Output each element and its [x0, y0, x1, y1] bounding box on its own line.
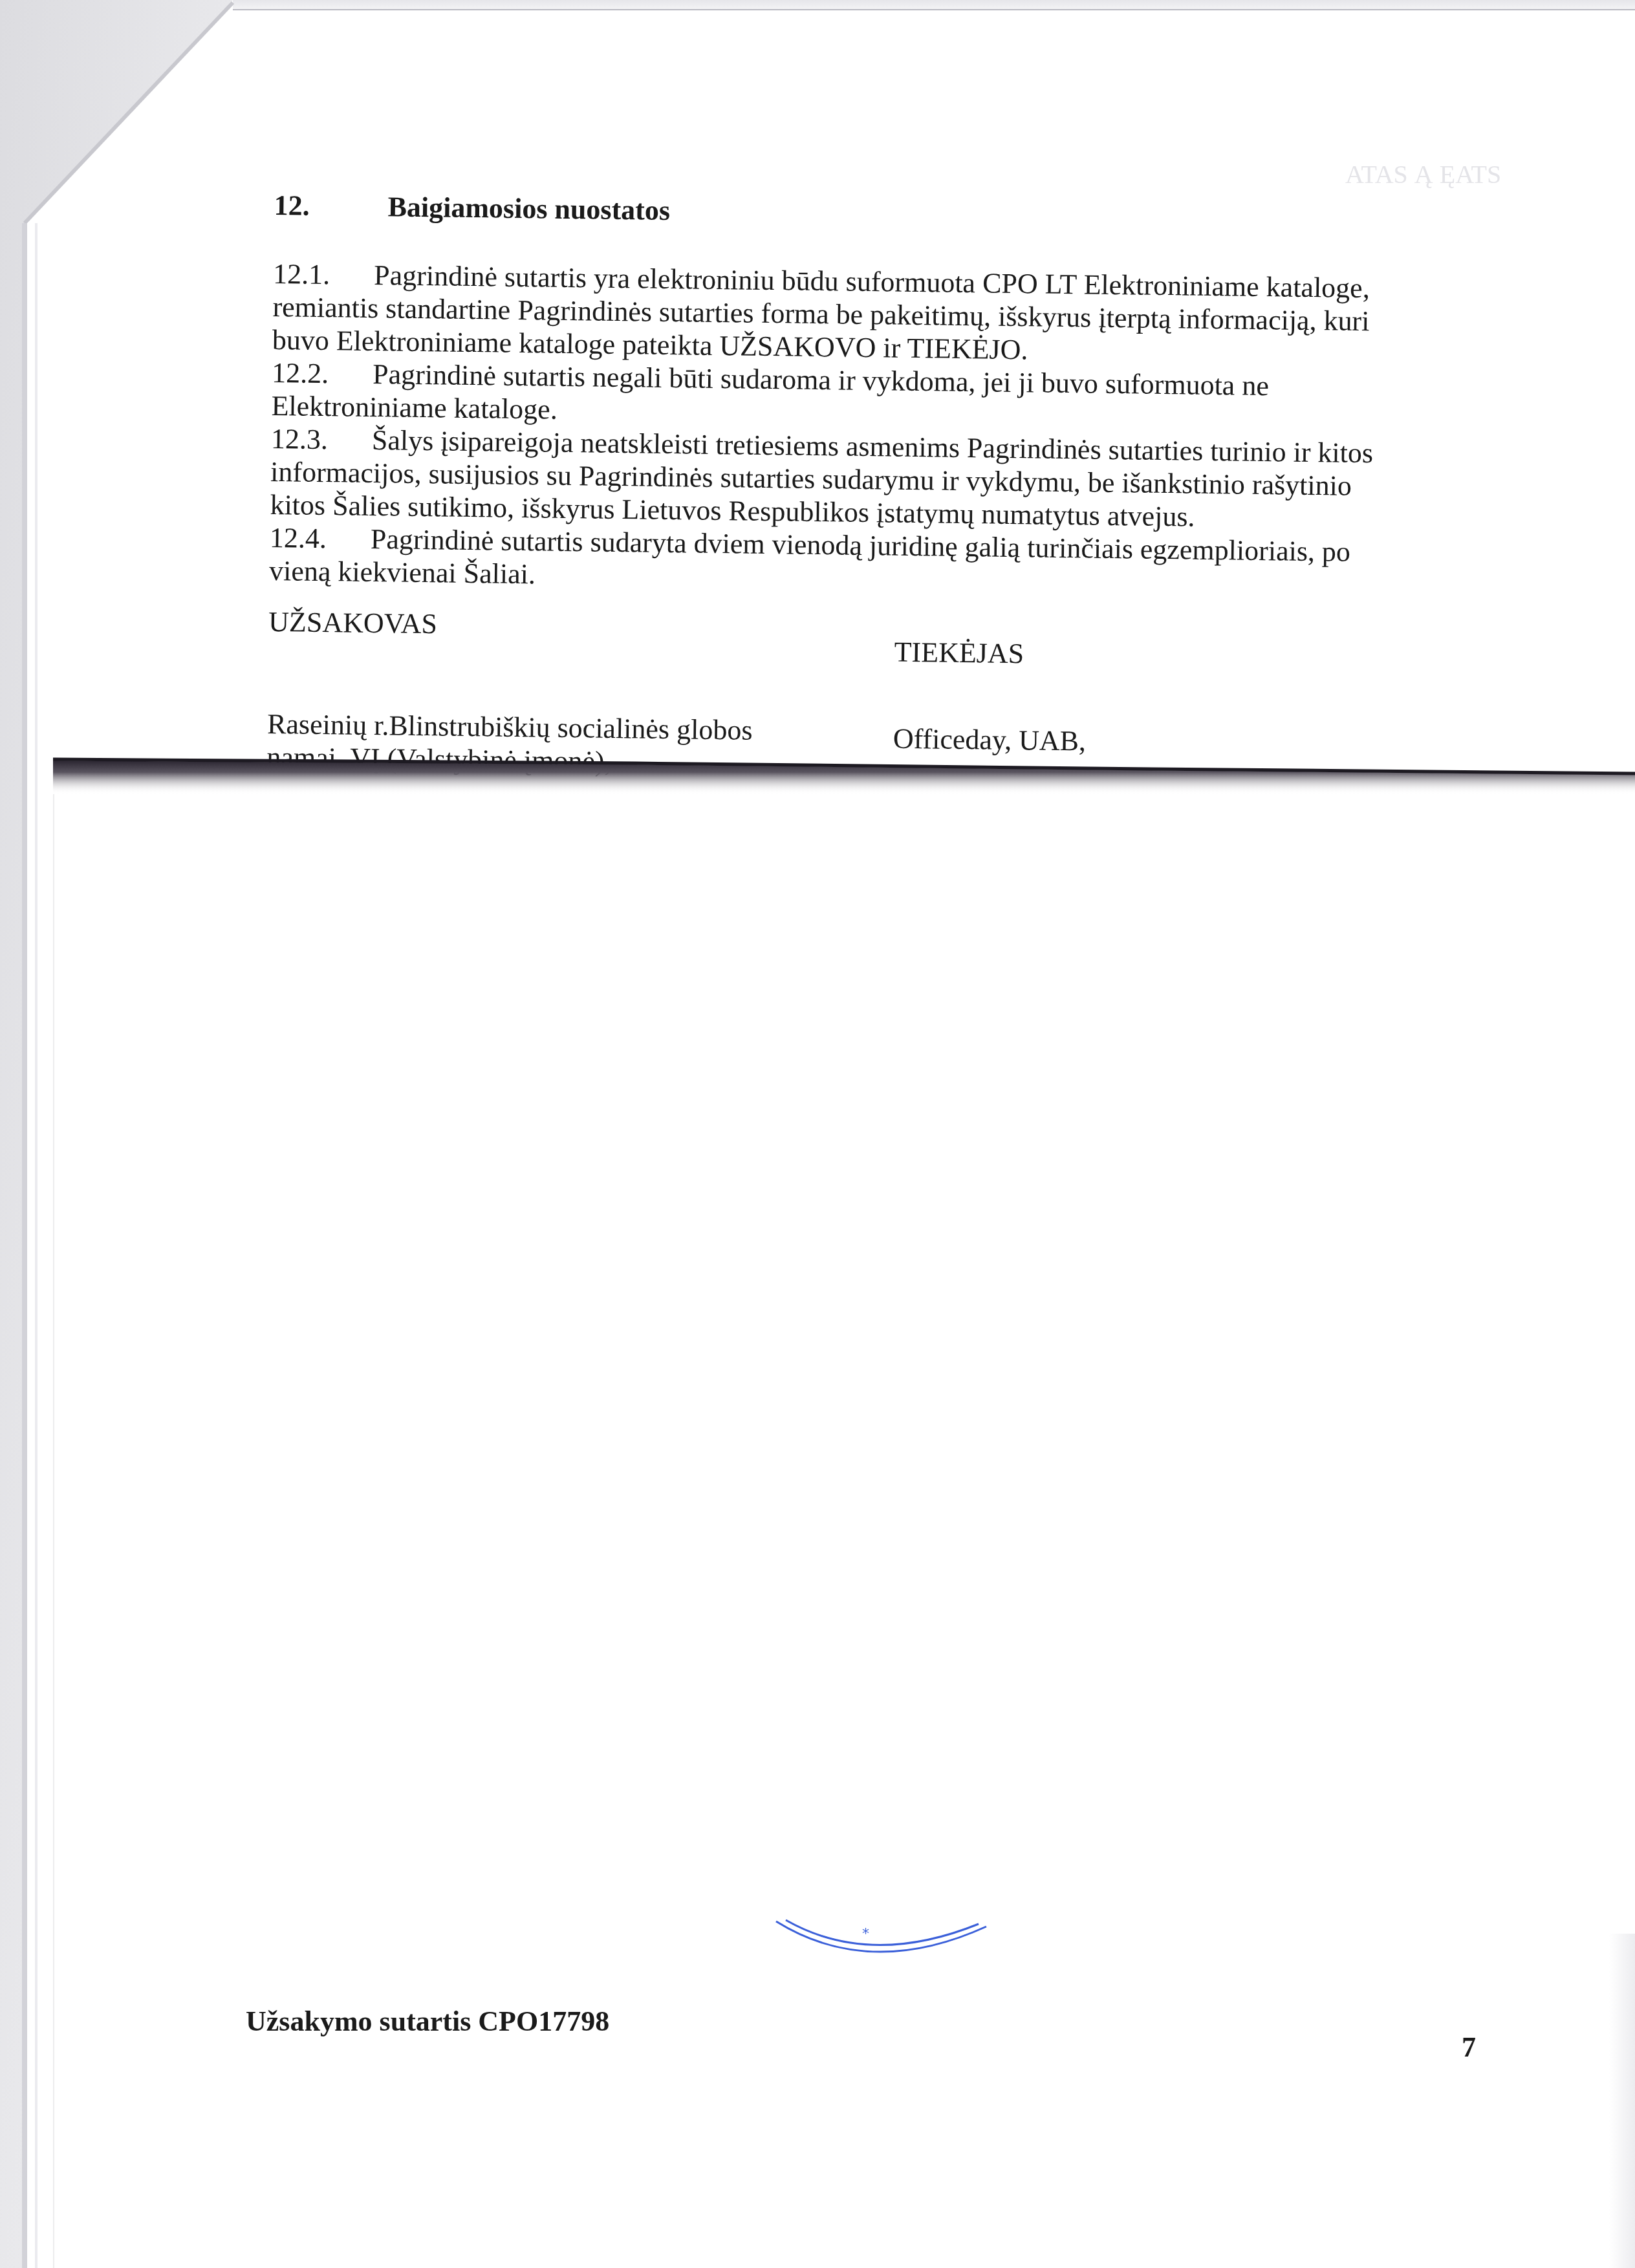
- signature-parties: UŽSAKOVAS TIEKĖJAS Raseinių r.Blinstrubi…: [266, 605, 1510, 777]
- right-page-edge: [1609, 1934, 1635, 2268]
- paragraph-12-3: 12.3.Šalys įsipareigoja neatskleisti tre…: [270, 422, 1513, 537]
- section-number: 12.: [274, 188, 388, 225]
- page-overlap-edge: [53, 755, 1635, 794]
- paragraph-number: 12.2.: [272, 356, 373, 391]
- section-title: Baigiamosios nuostatos: [387, 189, 670, 229]
- stamp-partial-icon: *: [773, 1917, 993, 1969]
- customer-label: UŽSAKOVAS: [268, 605, 437, 640]
- svg-text:*: *: [862, 1926, 869, 1942]
- bleed-through-text: ATAS Ą ĘATS: [1345, 158, 1501, 191]
- paragraph-line: vieną kiekvienai Šaliai.: [269, 555, 536, 590]
- page-number: 7: [1462, 2031, 1476, 2064]
- paragraph-number: 12.4.: [270, 521, 371, 556]
- section-heading: 12. Baigiamosios nuostatos: [274, 188, 1516, 240]
- paragraph-number: 12.3.: [271, 422, 373, 457]
- customer-name-line: Raseinių r.Blinstrubiškių socialinės glo…: [267, 708, 753, 746]
- top-page-edge: [233, 0, 1635, 10]
- contract-title-footer: Užsakymo sutartis CPO17798: [246, 2005, 609, 2038]
- paragraph-12-1: 12.1.Pagrindinė sutartis yra elektronini…: [272, 257, 1515, 373]
- document-body: 12. Baigiamosios nuostatos 12.1.Pagrindi…: [266, 188, 1515, 777]
- supplier-name: Officeday, UAB,: [893, 722, 1087, 758]
- supplier-label: TIEKĖJAS: [894, 636, 1024, 671]
- paragraph-line: Elektroniniame kataloge.: [271, 390, 558, 426]
- document-page-lower: [53, 794, 1607, 2268]
- document-page-upper: ATAS Ą ĘATS 12. Baigiamosios nuostatos 1…: [0, 0, 1635, 786]
- paragraph-number: 12.1.: [273, 257, 374, 292]
